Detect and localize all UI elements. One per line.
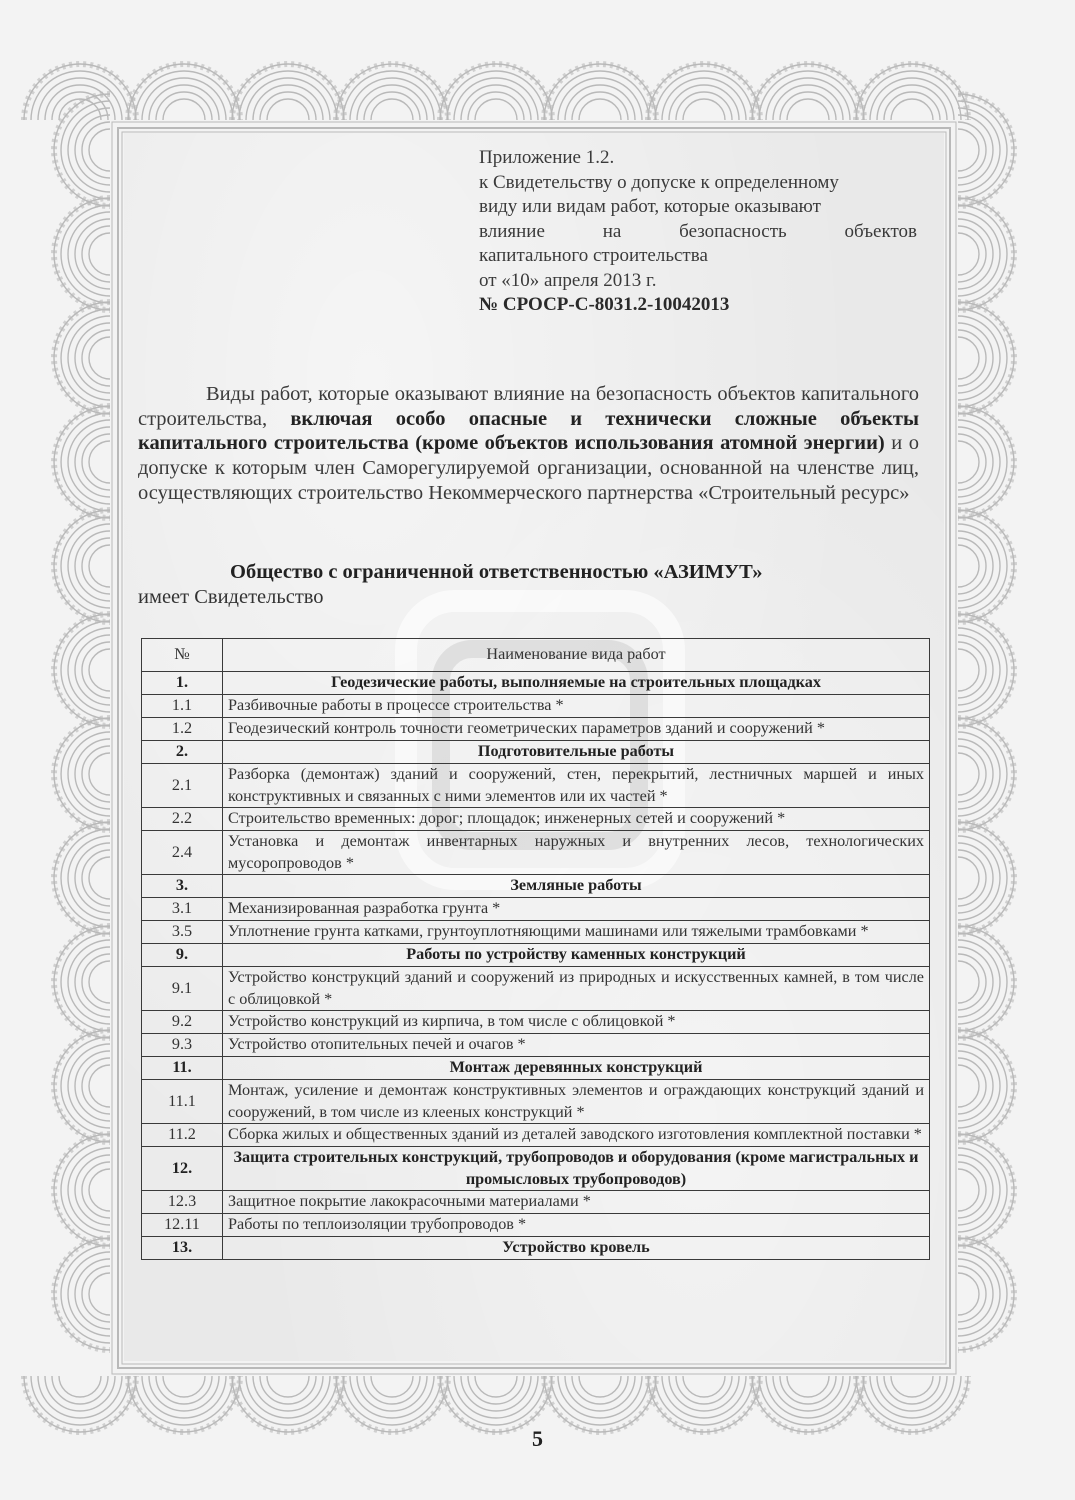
row-name: Геодезические работы, выполняемые на стр… xyxy=(223,672,930,695)
table-section-row: 1.Геодезические работы, выполняемые на с… xyxy=(142,672,930,695)
row-name: Разборка (демонтаж) зданий и сооружений,… xyxy=(223,764,930,808)
table-section-row: 2.Подготовительные работы xyxy=(142,741,930,764)
table-row: 2.2Строительство временных: дорог; площа… xyxy=(142,808,930,831)
row-name: Строительство временных: дорог; площадок… xyxy=(223,808,930,831)
row-name: Защитное покрытие лакокрасочными материа… xyxy=(223,1191,930,1214)
row-name: Работы по устройству каменных конструкци… xyxy=(223,944,930,967)
table-row: 1.2Геодезический контроль точности геоме… xyxy=(142,718,930,741)
row-number: 1.1 xyxy=(142,695,223,718)
row-name: Устройство кровель xyxy=(223,1237,930,1260)
row-name: Сборка жилых и общественных зданий из де… xyxy=(223,1124,930,1147)
table-row: 12.3Защитное покрытие лакокрасочными мат… xyxy=(142,1191,930,1214)
row-name: Устройство отопительных печей и очагов * xyxy=(223,1034,930,1057)
table-row: 9.1Устройство конструкций зданий и соору… xyxy=(142,967,930,1011)
row-number: 3. xyxy=(142,875,223,898)
table-row: 9.2Устройство конструкций из кирпича, в … xyxy=(142,1011,930,1034)
intro-paragraph: Виды работ, которые оказывают влияние на… xyxy=(138,382,919,506)
annex-date: от «10» апреля 2013 г. xyxy=(479,269,917,294)
annex-line: к Свидетельству о допуске к определенном… xyxy=(479,171,917,196)
row-number: 1. xyxy=(142,672,223,695)
table-row: 2.4Установка и демонтаж инвентарных нару… xyxy=(142,831,930,875)
table-row: 3.1Механизированная разработка грунта * xyxy=(142,898,930,921)
table-row: 2.1Разборка (демонтаж) зданий и сооружен… xyxy=(142,764,930,808)
page-number: 5 xyxy=(0,1426,1075,1452)
table-row: 3.5Уплотнение грунта катками, грунтоупло… xyxy=(142,921,930,944)
header-name: Наименование вида работ xyxy=(223,639,930,672)
row-number: 2. xyxy=(142,741,223,764)
row-number: 3.5 xyxy=(142,921,223,944)
row-number: 9.3 xyxy=(142,1034,223,1057)
header-num: № xyxy=(142,639,223,672)
company-suffix: имеет Свидетельство xyxy=(138,586,324,608)
company-name: Общество с ограниченной ответственностью… xyxy=(138,560,919,585)
row-number: 13. xyxy=(142,1237,223,1260)
row-number: 9.1 xyxy=(142,967,223,1011)
row-number: 12. xyxy=(142,1147,223,1191)
row-number: 12.11 xyxy=(142,1214,223,1237)
annex-line: капитального строительства xyxy=(479,244,917,269)
row-number: 12.3 xyxy=(142,1191,223,1214)
row-name: Механизированная разработка грунта * xyxy=(223,898,930,921)
row-number: 11.2 xyxy=(142,1124,223,1147)
annex-title: Приложение 1.2. xyxy=(479,146,917,171)
row-number: 2.1 xyxy=(142,764,223,808)
table-section-row: 9.Работы по устройству каменных конструк… xyxy=(142,944,930,967)
row-number: 9.2 xyxy=(142,1011,223,1034)
table-row: 9.3Устройство отопительных печей и очаго… xyxy=(142,1034,930,1057)
row-number: 2.4 xyxy=(142,831,223,875)
annex-line: влияние на безопасность объектов xyxy=(479,220,917,245)
table-section-row: 3.Земляные работы xyxy=(142,875,930,898)
table-row: 11.1Монтаж, усиление и демонтаж конструк… xyxy=(142,1080,930,1124)
company-block: Общество с ограниченной ответственностью… xyxy=(138,560,919,610)
row-name: Защита строительных конструкций, трубопр… xyxy=(223,1147,930,1191)
annex-line: виду или видам работ, которые оказывают xyxy=(479,195,917,220)
row-number: 9. xyxy=(142,944,223,967)
row-name: Монтаж, усиление и демонтаж конструктивн… xyxy=(223,1080,930,1124)
row-name: Устройство конструкций из кирпича, в том… xyxy=(223,1011,930,1034)
table-row: 11.2Сборка жилых и общественных зданий и… xyxy=(142,1124,930,1147)
row-name: Геодезический контроль точности геометри… xyxy=(223,718,930,741)
row-number: 11.1 xyxy=(142,1080,223,1124)
row-name: Устройство конструкций зданий и сооружен… xyxy=(223,967,930,1011)
table-section-row: 12.Защита строительных конструкций, труб… xyxy=(142,1147,930,1191)
table-section-row: 13.Устройство кровель xyxy=(142,1237,930,1260)
works-table: № Наименование вида работ 1.Геодезически… xyxy=(141,638,930,1260)
row-number: 3.1 xyxy=(142,898,223,921)
row-name: Подготовительные работы xyxy=(223,741,930,764)
row-name: Земляные работы xyxy=(223,875,930,898)
row-name: Монтаж деревянных конструкций xyxy=(223,1057,930,1080)
row-name: Установка и демонтаж инвентарных наружны… xyxy=(223,831,930,875)
row-name: Уплотнение грунта катками, грунтоуплотня… xyxy=(223,921,930,944)
table-section-row: 11.Монтаж деревянных конструкций xyxy=(142,1057,930,1080)
annex-header: Приложение 1.2. к Свидетельству о допуск… xyxy=(479,146,917,318)
table-row: 1.1Разбивочные работы в процессе строите… xyxy=(142,695,930,718)
certificate-number: № СРОСР-С-8031.2-10042013 xyxy=(479,293,917,318)
table-row: 12.11Работы по теплоизоляции трубопровод… xyxy=(142,1214,930,1237)
row-number: 2.2 xyxy=(142,808,223,831)
row-name: Работы по теплоизоляции трубопроводов * xyxy=(223,1214,930,1237)
row-name: Разбивочные работы в процессе строительс… xyxy=(223,695,930,718)
row-number: 11. xyxy=(142,1057,223,1080)
row-number: 1.2 xyxy=(142,718,223,741)
table-header-row: № Наименование вида работ xyxy=(142,639,930,672)
